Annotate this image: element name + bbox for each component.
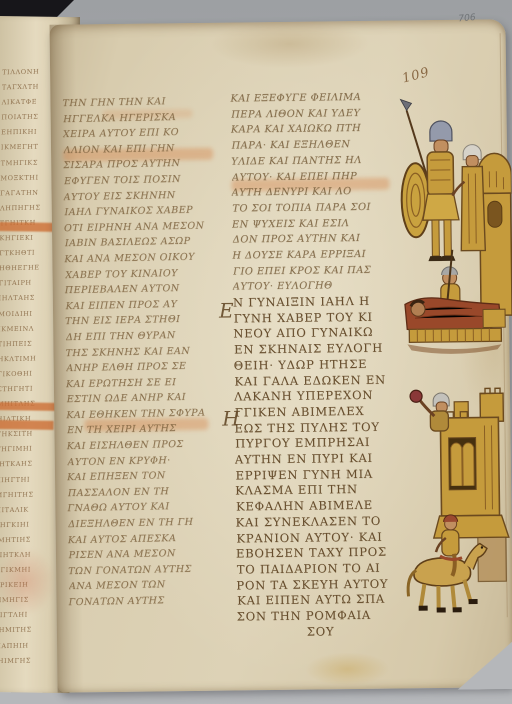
- text-line: ΙΑΒΙΝ ΒΑΣΙΛΕΩΣ ΑΣΩΡ: [65, 233, 221, 252]
- text-line: ΚΕΦΑΛΗΝ ΑΒΙΜΕΛΕ: [236, 498, 402, 516]
- text-line: ΑΝΑ ΜΕΣΟΝ ΤΩΝ: [69, 576, 225, 595]
- text-line: ΡΙΣΕΝ ΑΝΑ ΜΕΣΟΝ: [69, 545, 225, 564]
- miniature-woman-of-thebez-and-abimelech: [388, 385, 512, 625]
- text-line: ΓΟΝΑΤΩΝ ΑΥΤΗΣ: [68, 592, 224, 611]
- text-line: ΕΝ ΣΚΗΝΑΙΣ ΕΥΛΟΓΗ: [234, 341, 400, 359]
- text-line: ΕΦΥΓΕΝ ΤΟΙΣ ΠΟΣΙΝ: [64, 171, 220, 190]
- text-line: ΓΙΟ ΕΠΕΙ ΚΡΟΣ ΚΑΙ ΠΑΣ: [233, 262, 397, 280]
- text-line: ΗΓΓΕΛΚΑ ΗΓΕΡΙΣΚΑ: [63, 109, 219, 128]
- manuscript-photo: ΤΙΛΛΟΝΗΤΑΓΧΛΤΗΛΙΚΑΤΦΕΠΟΙΑΤΗΣΕΗΠΙΚΗΙΙΚΜΕΓ…: [0, 0, 512, 704]
- rubric-band: [0, 420, 54, 430]
- text-line: ΚΡΑΝΙΟΝ ΑΥΤΟΥ· ΚΑΙ: [236, 529, 402, 547]
- text-line: ΔΙΕΞΗΛΘΕΝ ΕΝ ΤΗ ΓΗ: [68, 514, 224, 533]
- text-line: ΚΑΙ ΕΙΠΕΝ ΑΥΤΩ ΣΠΑ: [237, 592, 403, 610]
- miniature-jael-and-sisera: [384, 97, 512, 369]
- text-line: ΤΟ ΣΟΙ ΤΟΠΙΑ ΠΑΡΑ ΣΟΙ: [232, 199, 396, 217]
- text-line: ΓΥΝΗ ΧΑΒΕΡ ΤΟΥ ΚΙ: [234, 309, 400, 327]
- text-line: ΔΗ ΕΠΙ ΤΗΝ ΘΥΡΑΝ: [66, 327, 222, 346]
- text-line: ΚΑΙ ΓΑΛΑ ΕΔΩΚΕΝ ΕΝ: [234, 372, 400, 390]
- left-text-column: ΤΗΝ ΓΗΝ ΤΗΝ ΚΑΙΗΓΓΕΛΚΑ ΗΓΕΡΙΣΚΑΧΕΙΡΑ ΑΥΤ…: [62, 93, 224, 611]
- text-line: ΔΟΝ ΠΡΟΣ ΑΥΤΗΝ ΚΑΙ: [233, 231, 397, 249]
- text-line: ΑΝΗΡ ΕΛΘΗ ΠΡΟΣ ΣΕ: [66, 358, 222, 377]
- text-line: ΓΓΙΚΕΝ ΑΒΙΜΕΛΕΧ: [235, 403, 401, 421]
- text-line: ΑΥΤΟΥ· ΚΑΙ ΕΠΕΙ ΠΗΡ: [232, 168, 396, 186]
- ink-folio-number: 109: [401, 65, 432, 87]
- text-line: ΠΥΡΓΟΥ ΕΜΠΡΗΣΑΙ: [235, 435, 401, 453]
- text-line: ΑΥΤΟΝ ΕΝ ΚΡΥΦΗ·: [67, 452, 223, 471]
- marginal-initial-epsilon: Ε: [219, 299, 234, 323]
- text-line: ΠΑΡΑ· ΚΑΙ ΕΞΗΛΘΕΝ: [232, 137, 396, 155]
- text-line: ΣΟΥ: [237, 623, 403, 641]
- text-line: ΕΡΡΙΨΕΝ ΓΥΝΗ ΜΙΑ: [236, 466, 402, 484]
- text-line: ΠΕΡΑ ΛΙΘΟΝ ΚΑΙ ΥΔΕΥ: [231, 105, 395, 123]
- right-text-column-upper: ΚΑΙ ΕΞΕΦΥΓΕ ΦΕΙΛΙΜΑΠΕΡΑ ΛΙΘΟΝ ΚΑΙ ΥΔΕΥΚΑ…: [230, 90, 396, 296]
- rubric-band: [0, 402, 60, 411]
- right-text-column-lower: Ν ΓΥΝΑΙΞΙΝ ΙΑΗΛ ΗΓΥΝΗ ΧΑΒΕΡ ΤΟΥ ΚΙΝΕΟΥ Α…: [233, 293, 403, 640]
- text-line: ΕΣΤΙΝ ΩΔΕ ΑΝΗΡ ΚΑΙ: [67, 389, 223, 408]
- text-line: ΛΛΙΟΝ ΚΑΙ ΕΠΙ ΓΗΝ: [64, 140, 220, 159]
- text-line: ΕΝ ΤΗ ΧΕΙΡΙ ΑΥΤΗΣ: [67, 421, 223, 440]
- text-line: ΧΑΒΕΡ ΤΟΥ ΚΙΝΑΙΟΥ: [65, 265, 221, 284]
- text-line: ΙΑΗΛ ΓΥΝΑΙΚΟΣ ΧΑΒΕΡ: [64, 202, 220, 221]
- text-line: ΚΑΙ ΕΙΠΕΝ ΠΡΟΣ ΑΥ: [65, 296, 221, 315]
- manuscript-page: 706 109 ΤΗΝ ΓΗΝ ΤΗΝ ΚΑΙΗΓΓΕΛΚΑ ΗΓΕΡΙΣΚΑΧ…: [50, 19, 512, 693]
- text-line: ΤΟ ΠΑΙΔΑΡΙΟΝ ΤΟ ΑΙ: [237, 560, 403, 578]
- text-line: ΠΑΣΣΑΛΟΝ ΕΝ ΤΗ: [68, 483, 224, 502]
- clipped-page-corner: [457, 639, 512, 690]
- pencil-folio-number: 706: [458, 13, 476, 24]
